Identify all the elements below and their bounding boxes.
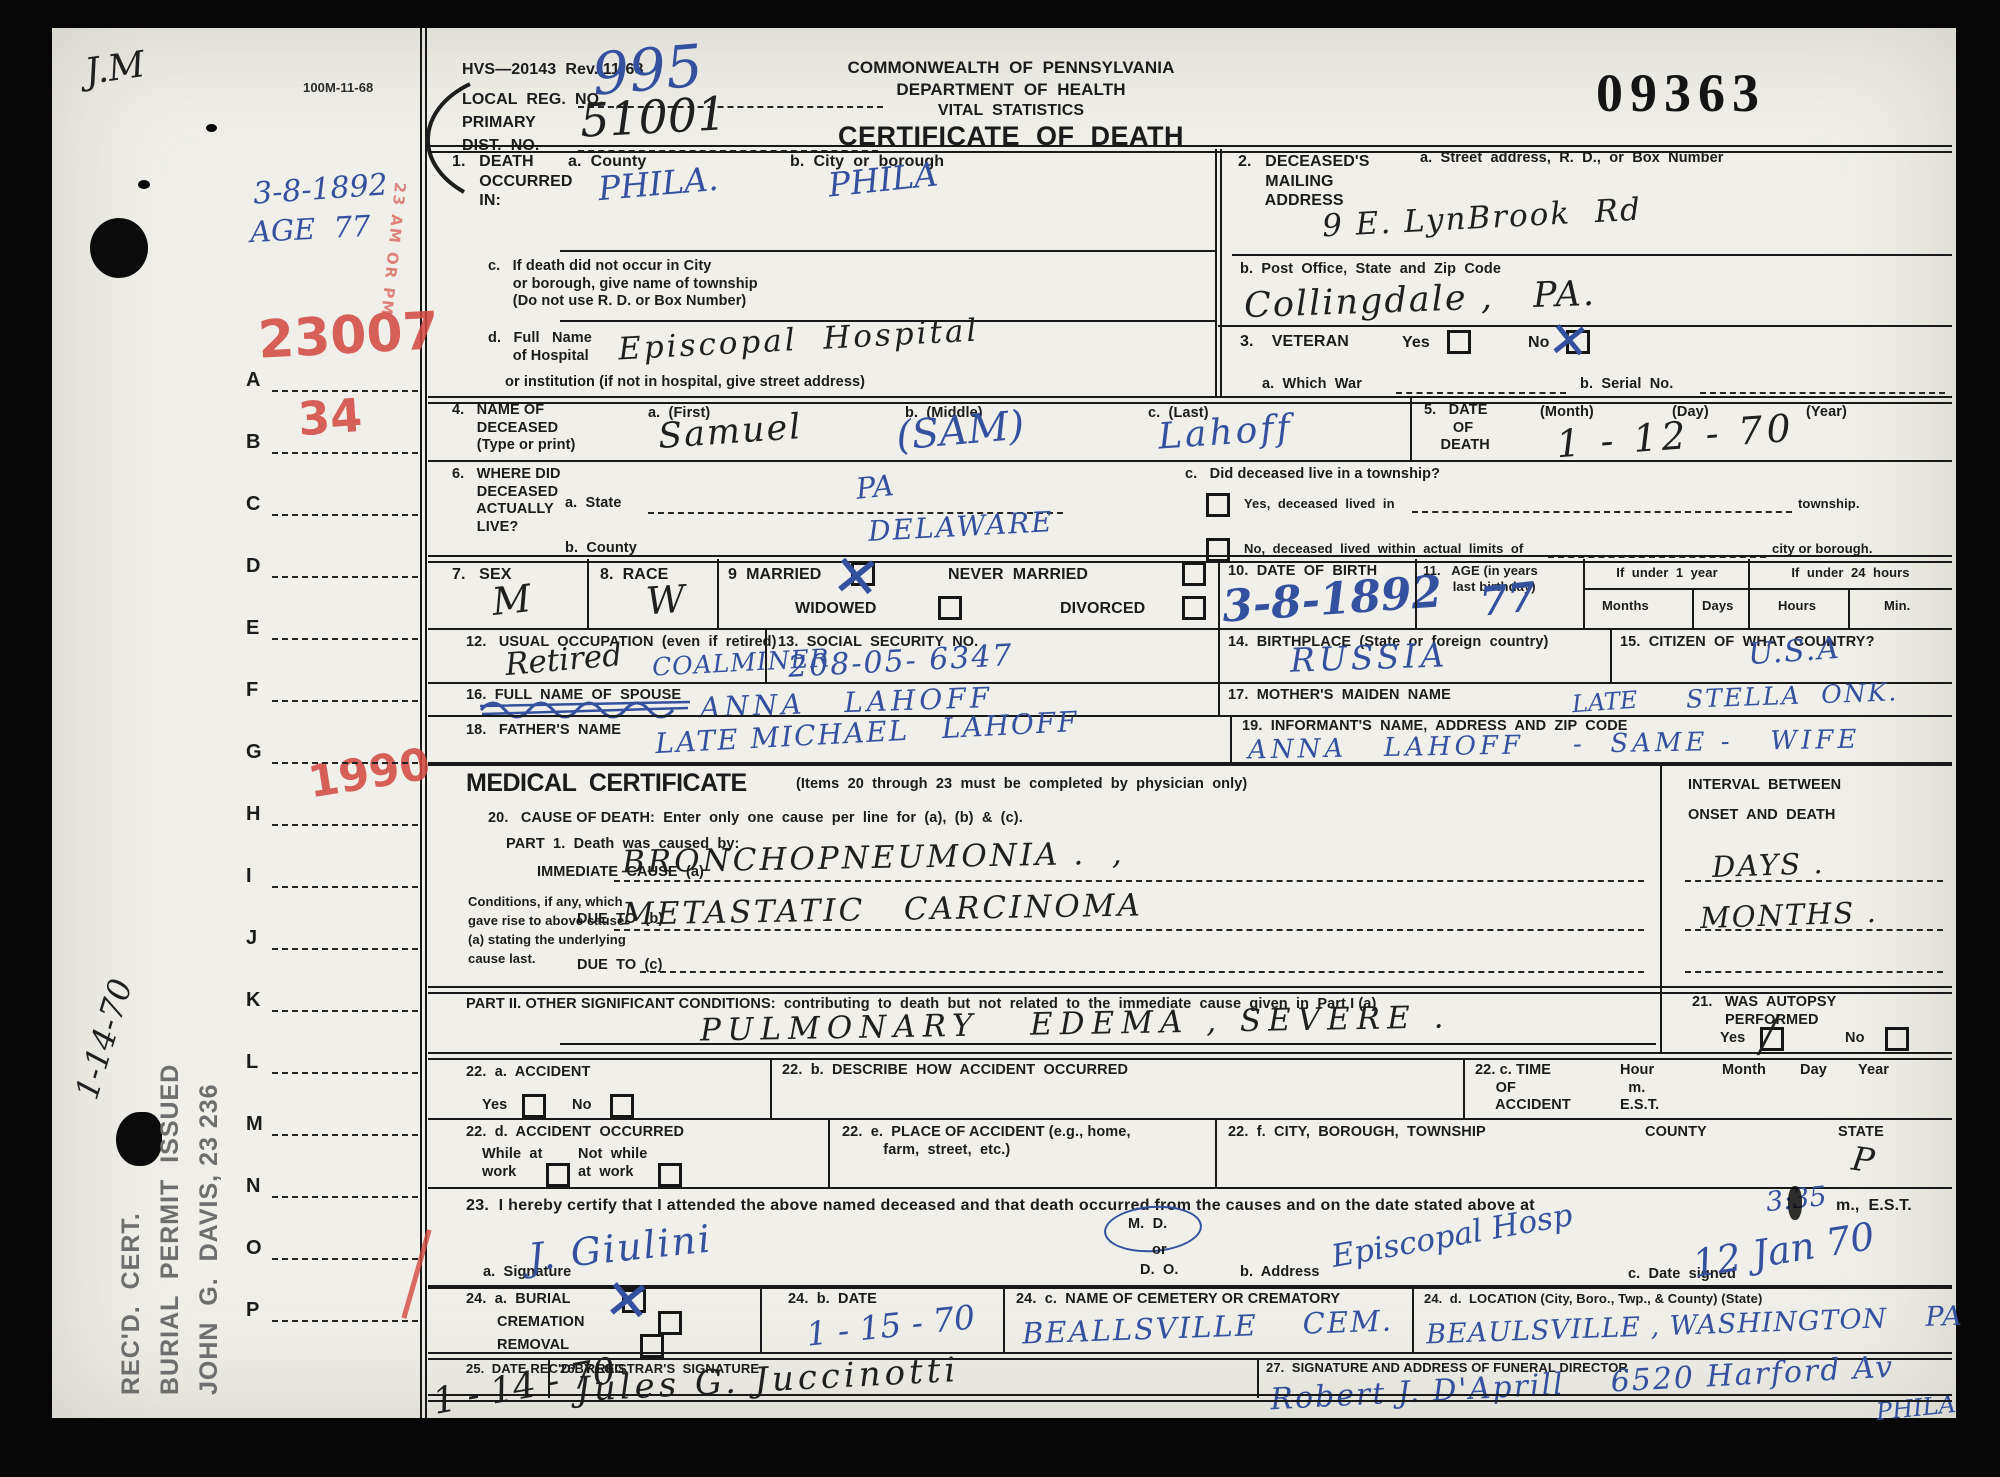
certify-statement: 23. I hereby certify that I attended the… bbox=[466, 1196, 1535, 1216]
stub-line bbox=[272, 1194, 418, 1198]
field-6c-label: c. Did deceased live in a township? bbox=[1185, 466, 1440, 484]
interval-a-line bbox=[1685, 878, 1943, 882]
divorced-label: DIVORCED bbox=[1060, 599, 1145, 619]
divider bbox=[587, 559, 589, 628]
field-5-year-label: (Year) bbox=[1806, 404, 1847, 422]
cause-b-line bbox=[614, 927, 1644, 931]
autopsy-no-checkbox bbox=[1885, 1027, 1909, 1051]
divider bbox=[760, 1285, 762, 1352]
interval-label: INTERVAL BETWEEN ONSET AND DEATH bbox=[1688, 770, 1841, 831]
autopsy-no-label: No bbox=[1845, 1030, 1865, 1048]
agency-line-2: DEPARTMENT OF HEALTH bbox=[846, 80, 1176, 101]
month-label: Month bbox=[1722, 1062, 1766, 1080]
accident-no-label: No bbox=[572, 1097, 592, 1115]
stub-line bbox=[272, 512, 418, 516]
stub-line bbox=[272, 1070, 418, 1074]
widowed-label: WIDOWED bbox=[795, 599, 877, 619]
cremation-label: CREMATION bbox=[497, 1314, 585, 1332]
while-at-work-checkbox bbox=[546, 1163, 570, 1187]
field-1-label: 1. DEATH OCCURRED IN: bbox=[452, 152, 573, 211]
rule bbox=[1583, 588, 1952, 590]
md-label: M. D. bbox=[1128, 1216, 1167, 1234]
field-2-label: 2. DECEASED'S MAILING ADDRESS bbox=[1238, 152, 1370, 211]
stub-line bbox=[272, 636, 418, 640]
accident-yes-label: Yes bbox=[482, 1097, 507, 1115]
field-18-label: 18. FATHER'S NAME bbox=[466, 722, 621, 740]
stub-line bbox=[272, 1318, 418, 1322]
veteran-yes-checkbox bbox=[1447, 330, 1471, 354]
while-at-work-label: While at work bbox=[482, 1146, 543, 1181]
divider bbox=[1003, 1285, 1005, 1352]
field-17-value-prefix: LATE bbox=[1571, 686, 1638, 718]
rule bbox=[428, 715, 1952, 717]
stub-line bbox=[272, 1256, 418, 1260]
under-24-hours-label: If under 24 hours bbox=[1753, 565, 1948, 581]
months-label: Months bbox=[1602, 598, 1649, 614]
heavy-rule bbox=[428, 762, 1952, 766]
married-label: 9 MARRIED bbox=[728, 565, 821, 585]
stub-letter: M bbox=[246, 1112, 263, 1136]
field-1d-label-2: or institution (if not in hospital, give… bbox=[505, 374, 865, 392]
stub-letter: E bbox=[246, 616, 259, 640]
stub-line bbox=[272, 388, 418, 392]
stub-line bbox=[272, 698, 418, 702]
stub-letter: N bbox=[246, 1174, 261, 1198]
autopsy-yes-mark: ╱ bbox=[1758, 1016, 1778, 1056]
scanned-death-certificate: J.M 100M-11-68 3-8-1892 AGE 77 23 AM OR … bbox=[0, 0, 2000, 1477]
accident-yes-checkbox bbox=[522, 1094, 546, 1118]
stub-letter: F bbox=[246, 678, 258, 702]
hours-label: Hours bbox=[1778, 598, 1816, 614]
day-label: Day bbox=[1800, 1062, 1827, 1080]
stub-letter: A bbox=[246, 368, 261, 392]
rule bbox=[1232, 254, 1952, 256]
ink-speck bbox=[138, 180, 150, 189]
divider bbox=[765, 628, 767, 682]
township-yes-label: Yes, deceased lived in bbox=[1244, 496, 1395, 512]
autopsy-yes-label: Yes bbox=[1720, 1030, 1745, 1048]
field-15-value: U.S.A bbox=[1747, 631, 1842, 672]
dist-no-value: 51001 bbox=[579, 86, 728, 148]
divider bbox=[828, 1118, 830, 1187]
section-divider bbox=[1410, 398, 1412, 460]
stub-letter: P bbox=[246, 1298, 259, 1322]
print-code: 100M-11-68 bbox=[303, 80, 373, 96]
ink-speck bbox=[206, 124, 217, 132]
section-rule bbox=[428, 396, 1952, 404]
medical-certificate-title: MEDICAL CERTIFICATE bbox=[466, 768, 747, 799]
ink-smudge bbox=[1788, 1186, 1802, 1220]
divider bbox=[1218, 628, 1220, 682]
do-label: D. O. bbox=[1140, 1262, 1178, 1280]
address-label: b. Address bbox=[1240, 1264, 1320, 1282]
field-6a-label: a. State bbox=[565, 495, 622, 513]
field-3-label: 3. VETERAN bbox=[1240, 332, 1349, 352]
field-24a-label: 24. a. BURIAL bbox=[466, 1291, 571, 1309]
or-label: or bbox=[1152, 1242, 1167, 1260]
agency-line-3: VITAL STATISTICS bbox=[846, 101, 1176, 121]
field-1d-label: d. Full Name of Hospital bbox=[488, 330, 592, 365]
stub-letter: B bbox=[246, 430, 261, 454]
widowed-checkbox bbox=[938, 596, 962, 620]
field-22f-label: 22. f. CITY, BOROUGH, TOWNSHIP bbox=[1228, 1124, 1486, 1142]
punch-hole bbox=[90, 218, 148, 278]
margin-red-number-b: 34 bbox=[296, 388, 364, 446]
field-17-label: 17. MOTHER'S MAIDEN NAME bbox=[1228, 687, 1451, 705]
not-while-at-work-checkbox bbox=[658, 1163, 682, 1187]
stub-letter: I bbox=[246, 864, 252, 888]
field-5-month-label: (Month) bbox=[1540, 404, 1594, 422]
cause-a-line bbox=[614, 878, 1644, 882]
stub-letter: C bbox=[246, 492, 261, 516]
divider bbox=[1218, 682, 1220, 715]
field-22c-label: 22. c. TIME OF ACCIDENT bbox=[1475, 1062, 1571, 1115]
certify-statement-suffix: m., E.S.T. bbox=[1836, 1196, 1912, 1216]
field-2b-label: b. Post Office, State and Zip Code bbox=[1240, 261, 1501, 279]
stamp-line-1: REC'D. CERT. bbox=[117, 1212, 145, 1395]
stub-letter: D bbox=[246, 554, 261, 578]
stub-line bbox=[272, 574, 418, 578]
divider bbox=[1230, 715, 1232, 762]
divider bbox=[1660, 992, 1662, 1052]
county-column-label: COUNTY bbox=[1645, 1124, 1707, 1142]
stub-divider-line bbox=[420, 28, 427, 1418]
rule bbox=[560, 250, 1215, 252]
stub-letter: L bbox=[246, 1050, 258, 1074]
never-married-label: NEVER MARRIED bbox=[948, 565, 1088, 585]
field-22a-label: 22. a. ACCIDENT bbox=[466, 1064, 590, 1082]
rule bbox=[428, 460, 1952, 462]
field-1c-label: c. If death did not occur in City or bor… bbox=[488, 258, 758, 311]
field-6a-value: PA bbox=[854, 468, 895, 506]
township-suffix: township. bbox=[1798, 496, 1860, 512]
field-2a-label: a. Street address, R. D., or Box Number bbox=[1420, 150, 1724, 168]
stub-line bbox=[272, 822, 418, 826]
divider bbox=[1218, 559, 1220, 628]
divider bbox=[1610, 628, 1612, 682]
section-divider bbox=[1215, 149, 1222, 398]
rule bbox=[428, 1187, 1952, 1189]
field-8-value: W bbox=[645, 577, 687, 624]
interval-c-line bbox=[1685, 969, 1943, 973]
field-5-label: 5. DATE OF DEATH bbox=[1424, 402, 1490, 455]
interval-b-line bbox=[1685, 927, 1943, 931]
field-6-label: 6. WHERE DID DECEASED ACTUALLY LIVE? bbox=[452, 466, 561, 537]
which-war-line bbox=[1396, 390, 1566, 394]
township-yes-checkbox bbox=[1206, 493, 1230, 517]
divider bbox=[1415, 559, 1417, 628]
veteran-yes-label: Yes bbox=[1402, 333, 1430, 353]
stamp-line-2: BURIAL PERMIT ISSUED bbox=[156, 1064, 184, 1395]
stub-line bbox=[272, 760, 418, 764]
year-label: Year bbox=[1858, 1062, 1889, 1080]
burial-x-mark: ✕ bbox=[601, 1272, 654, 1333]
divider bbox=[1583, 559, 1585, 628]
stub-letter: G bbox=[246, 740, 262, 764]
interval-divider bbox=[1660, 766, 1662, 992]
field-20-label: 20. CAUSE OF DEATH: Enter only one cause… bbox=[488, 810, 1023, 828]
section-rule bbox=[428, 986, 1952, 994]
heavy-rule bbox=[428, 1285, 1952, 1289]
never-married-checkbox bbox=[1182, 562, 1206, 586]
veteran-no-x-mark: ✕ bbox=[1546, 314, 1593, 368]
field-11-value: 77 bbox=[1478, 573, 1538, 626]
certificate-stamp-number: 09363 bbox=[1596, 62, 1766, 124]
section-rule bbox=[428, 1052, 1952, 1060]
divider bbox=[548, 1358, 550, 1398]
stub-letter: K bbox=[246, 988, 261, 1012]
bottom-rule bbox=[428, 1394, 1952, 1402]
cremation-checkbox bbox=[658, 1311, 682, 1335]
field-14-value: RUSSIA bbox=[1289, 635, 1448, 679]
township-line bbox=[1412, 509, 1792, 513]
divorced-checkbox bbox=[1182, 596, 1206, 620]
field-24b-label: 24. b. DATE bbox=[788, 1291, 877, 1309]
time-units-label: Hour m. E.S.T. bbox=[1620, 1062, 1659, 1115]
stub-line bbox=[272, 1132, 418, 1136]
agency-line-1: COMMONWEALTH OF PENNSYLVANIA bbox=[846, 58, 1176, 79]
serial-no-label: b. Serial No. bbox=[1580, 376, 1673, 394]
field-7-value: M bbox=[490, 576, 533, 624]
rule bbox=[428, 1118, 1952, 1120]
margin-age-note: AGE 77 bbox=[249, 209, 371, 249]
days-label: Days bbox=[1702, 598, 1733, 614]
accident-no-checkbox bbox=[610, 1094, 634, 1118]
field-22e-label: 22. e. PLACE OF ACCIDENT (e.g., home, fa… bbox=[842, 1124, 1131, 1159]
stub-letter: H bbox=[246, 802, 261, 826]
not-while-at-work-label: Not while at work bbox=[578, 1146, 647, 1181]
rule bbox=[560, 1043, 1656, 1045]
divider bbox=[1692, 588, 1694, 628]
burial-permit-stamp: REC'D. CERT. BURIAL PERMIT ISSUED JOHN G… bbox=[112, 1064, 228, 1395]
field-24d-label: 24. d. LOCATION (City, Boro., Twp., & Co… bbox=[1424, 1291, 1762, 1307]
medical-certificate-subtitle: (Items 20 through 23 must be completed b… bbox=[796, 776, 1247, 794]
stub-letter: J bbox=[246, 926, 257, 950]
divider bbox=[1848, 588, 1850, 628]
stub-letter: O bbox=[246, 1236, 262, 1260]
stub-line bbox=[272, 884, 418, 888]
cause-c-line bbox=[640, 969, 1644, 973]
stub-line bbox=[272, 1008, 418, 1012]
stamp-line-3: JOHN G. DAVIS, 23 236 bbox=[195, 1083, 223, 1395]
margin-initials: J.M bbox=[82, 44, 147, 93]
stub-line bbox=[272, 946, 418, 950]
divider bbox=[1412, 1285, 1414, 1352]
divider bbox=[770, 1058, 772, 1118]
which-war-label: a. Which War bbox=[1262, 376, 1362, 394]
field-22d-label: 22. d. ACCIDENT OCCURRED bbox=[466, 1124, 684, 1142]
under-1-year-label: If under 1 year bbox=[1588, 565, 1746, 581]
rule bbox=[428, 628, 1952, 630]
field-22b-label: 22. b. DESCRIBE HOW ACCIDENT OCCURRED bbox=[782, 1062, 1128, 1080]
divider bbox=[1748, 559, 1750, 628]
field-4-label: 4. NAME OF DECEASED (Type or print) bbox=[452, 402, 575, 455]
divider bbox=[1463, 1058, 1465, 1118]
serial-no-line bbox=[1700, 390, 1945, 394]
divider bbox=[1215, 1118, 1217, 1187]
margin-red-number-a: 23007 bbox=[257, 301, 441, 370]
divider bbox=[717, 559, 719, 628]
stub-line bbox=[272, 450, 418, 454]
divider bbox=[1257, 1358, 1259, 1398]
min-label: Min. bbox=[1884, 598, 1910, 614]
